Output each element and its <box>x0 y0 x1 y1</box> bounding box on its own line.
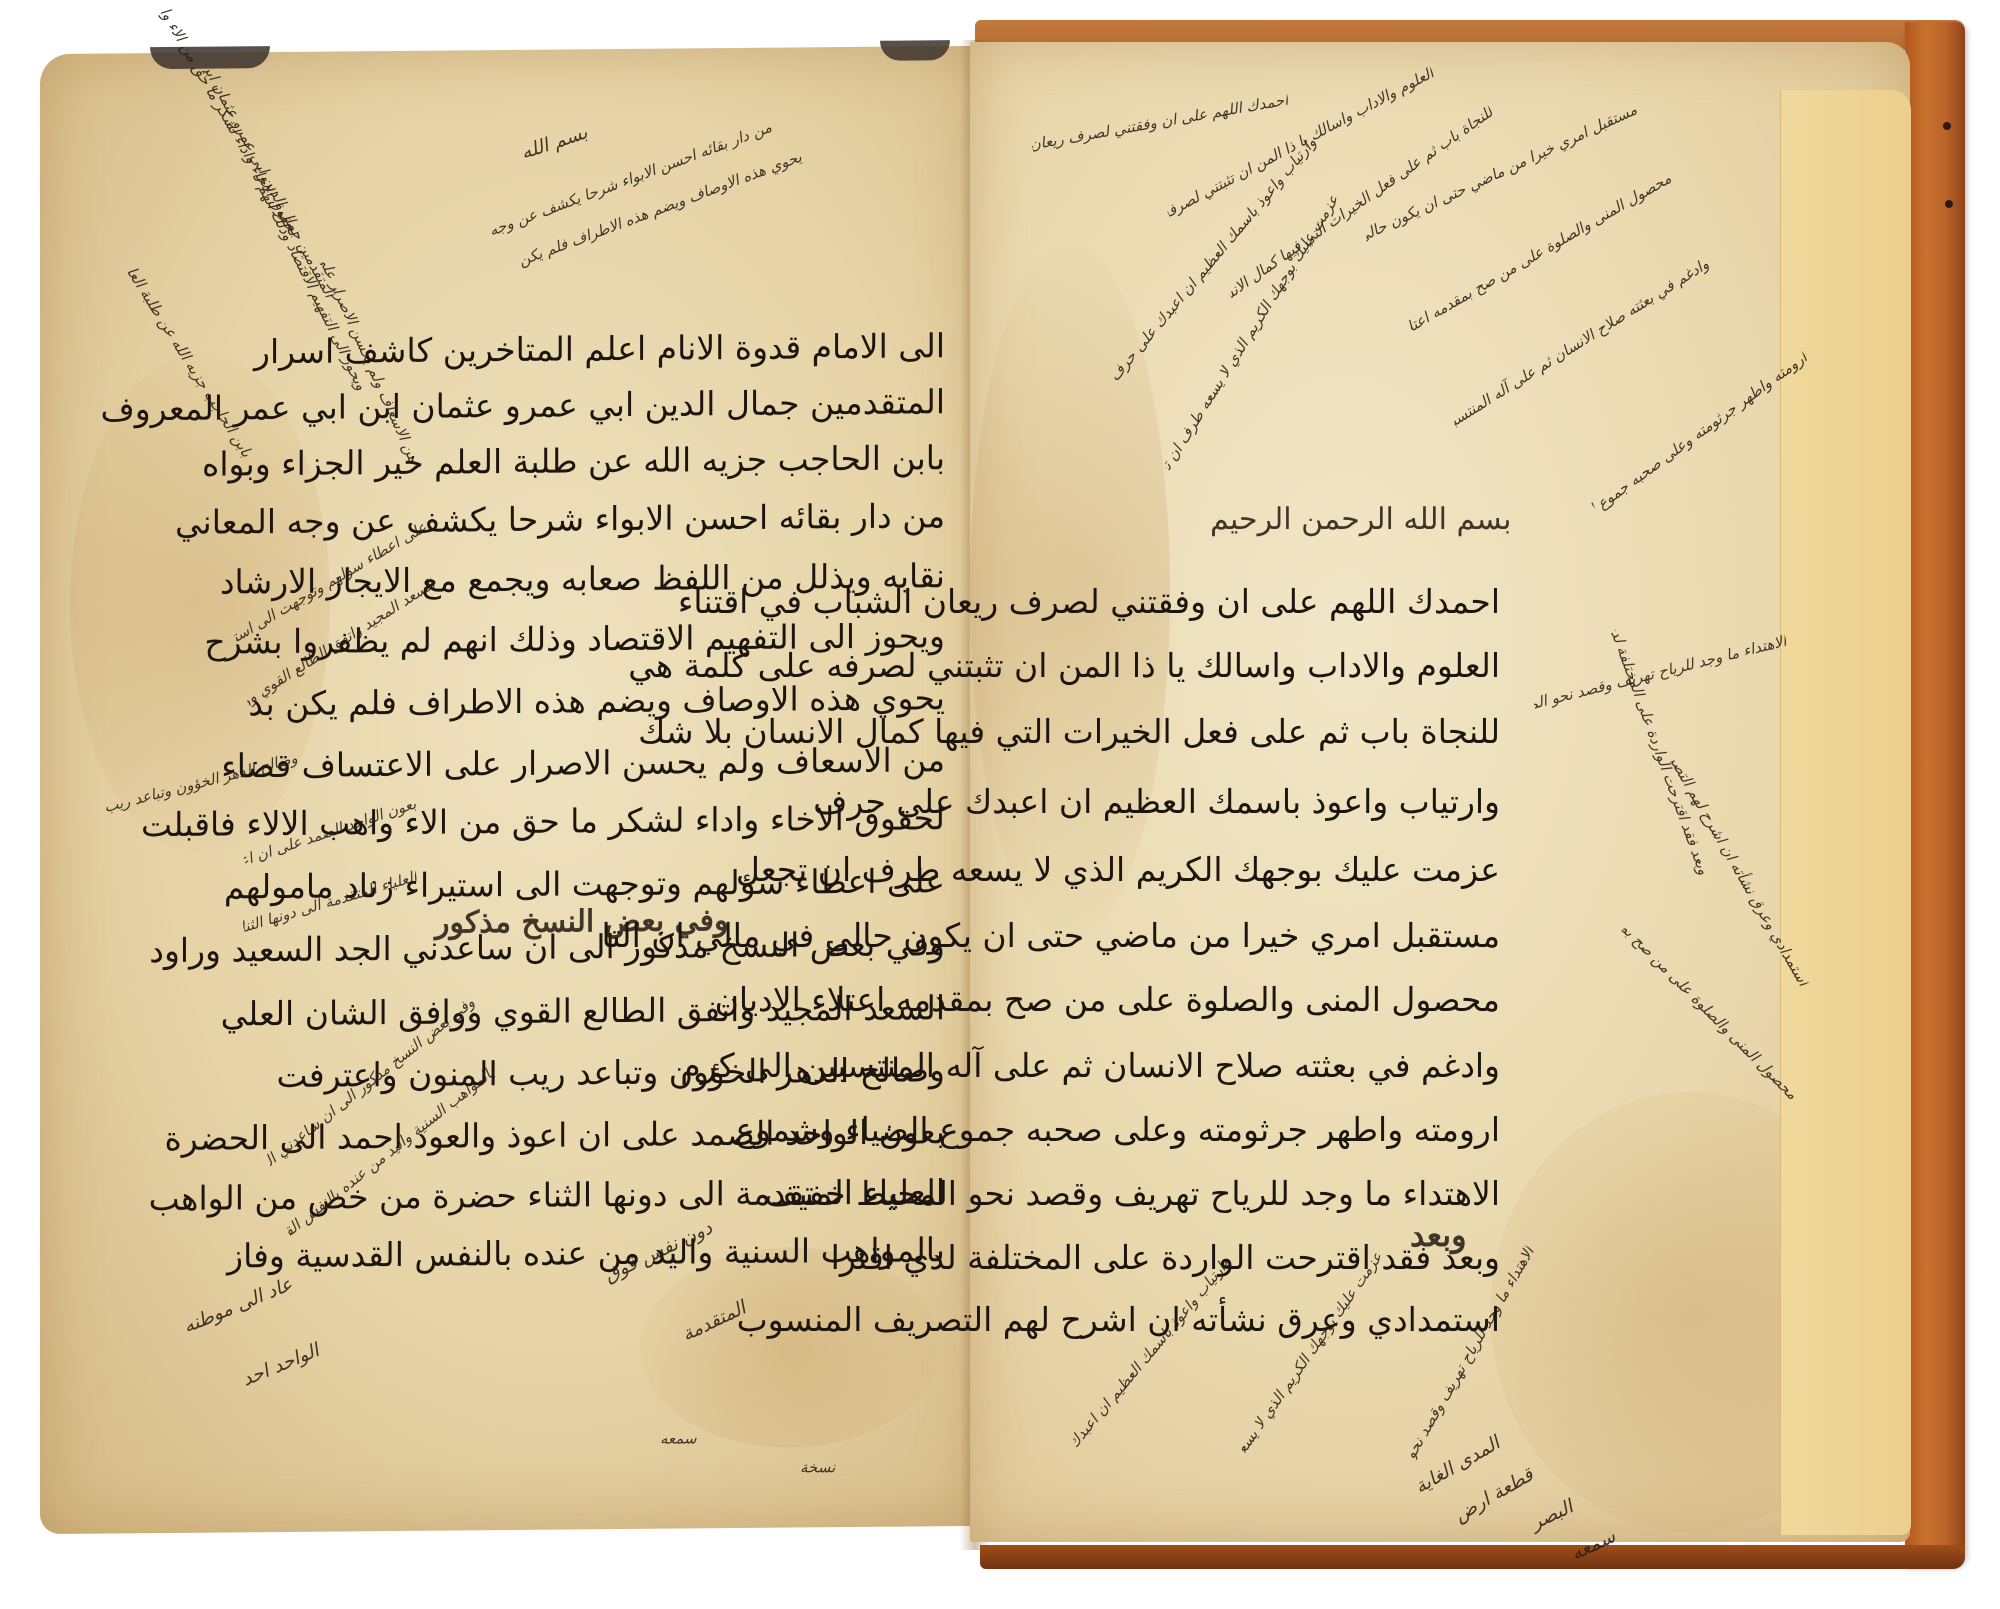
text-line: عزمت عليك بوجهك الكريم الذي لا يسعه طرف … <box>1000 840 1500 900</box>
margin-gloss: احمدك اللهم على ان وفقتني لصرف ريعان الش… <box>1030 90 1290 155</box>
text-line: المتقدمين جمال الدين ابي عمرو عثمان ابن … <box>425 372 945 437</box>
margin-gloss: سمعه <box>660 1428 697 1448</box>
text-line: للنجاة باب ثم على فعل الخيرات التي فيها … <box>1000 702 1500 762</box>
text-line: الى الامام قدوة الانام اعلم المتاخرين كا… <box>425 316 945 381</box>
text-line: الاهتداء ما وجد للرياح تهريف وقصد نحو ال… <box>1000 1164 1500 1224</box>
text-line: وادغم في بعثته صلاح الانسان ثم على آله ا… <box>1000 1036 1500 1096</box>
margin-gloss: عزمت عليك بوجهك الكريم الذي لا يسعه طرف … <box>1157 191 1344 473</box>
leather-binding-spine <box>1905 22 1965 1567</box>
text-line: بابن الحاجب جزيه الله عن طلبة العلم خير … <box>425 428 945 493</box>
margin-gloss: البصر <box>1527 1494 1578 1536</box>
text-line: العلوم والاداب واسالك يا ذا المن ان تثبت… <box>1000 636 1500 696</box>
binding-nail-icon <box>1945 200 1953 208</box>
text-line: محصول المنى والصلوة على من صح بمقدمه اعت… <box>1000 970 1500 1030</box>
binding-nail-icon <box>1943 122 1951 130</box>
text-line: وارتياب واعوذ باسمك العظيم ان اعبدك على … <box>1000 772 1500 832</box>
basmala: بسم الله الرحمن الرحيم <box>1210 507 1512 533</box>
manuscript-photo: الى الامام قدوة الانام اعلم المتاخرين كا… <box>0 0 2000 1609</box>
text-line: احمدك اللهم على ان وفقتني لصرف ريعان الش… <box>1000 572 1500 632</box>
text-line: مستقبل امري خيرا من ماضي حتى ان يكون حال… <box>1000 906 1500 966</box>
text-line: ارومته واطهر جرثومته وعلى صحبه جموع الضي… <box>1000 1100 1500 1160</box>
ink-stain <box>150 46 270 69</box>
text-line: استمدادي وعرق نشأته ان اشرح لهم التصريف … <box>1000 1290 1500 1350</box>
text-line: من دار بقائه احسن الابواء شرحا يكشف عن و… <box>425 486 945 551</box>
ink-stain <box>880 40 950 61</box>
leather-binding-bottom <box>980 1545 1965 1569</box>
endleaf <box>1780 90 1911 1535</box>
margin-gloss: الواحد احد <box>238 1338 323 1393</box>
margin-gloss: ارومته واطهر جرثومته وعلى صحبه جموع الضي… <box>1589 347 1811 516</box>
right-main-text: احمدك اللهم على ان وفقتني لصرف ريعان الش… <box>1000 572 1500 1272</box>
rubric-text: وبعد <box>1410 1222 1467 1248</box>
right-page: بسم الله الرحمن الرحيم احمدك اللهم على ا… <box>970 42 1910 1542</box>
margin-gloss: بسم الله <box>518 119 591 165</box>
margin-gloss: نسخة <box>800 1457 835 1477</box>
margin-gloss: الاهتداء ما وجد للرياح تهريف وقصد نحو ال… <box>1531 631 1788 713</box>
